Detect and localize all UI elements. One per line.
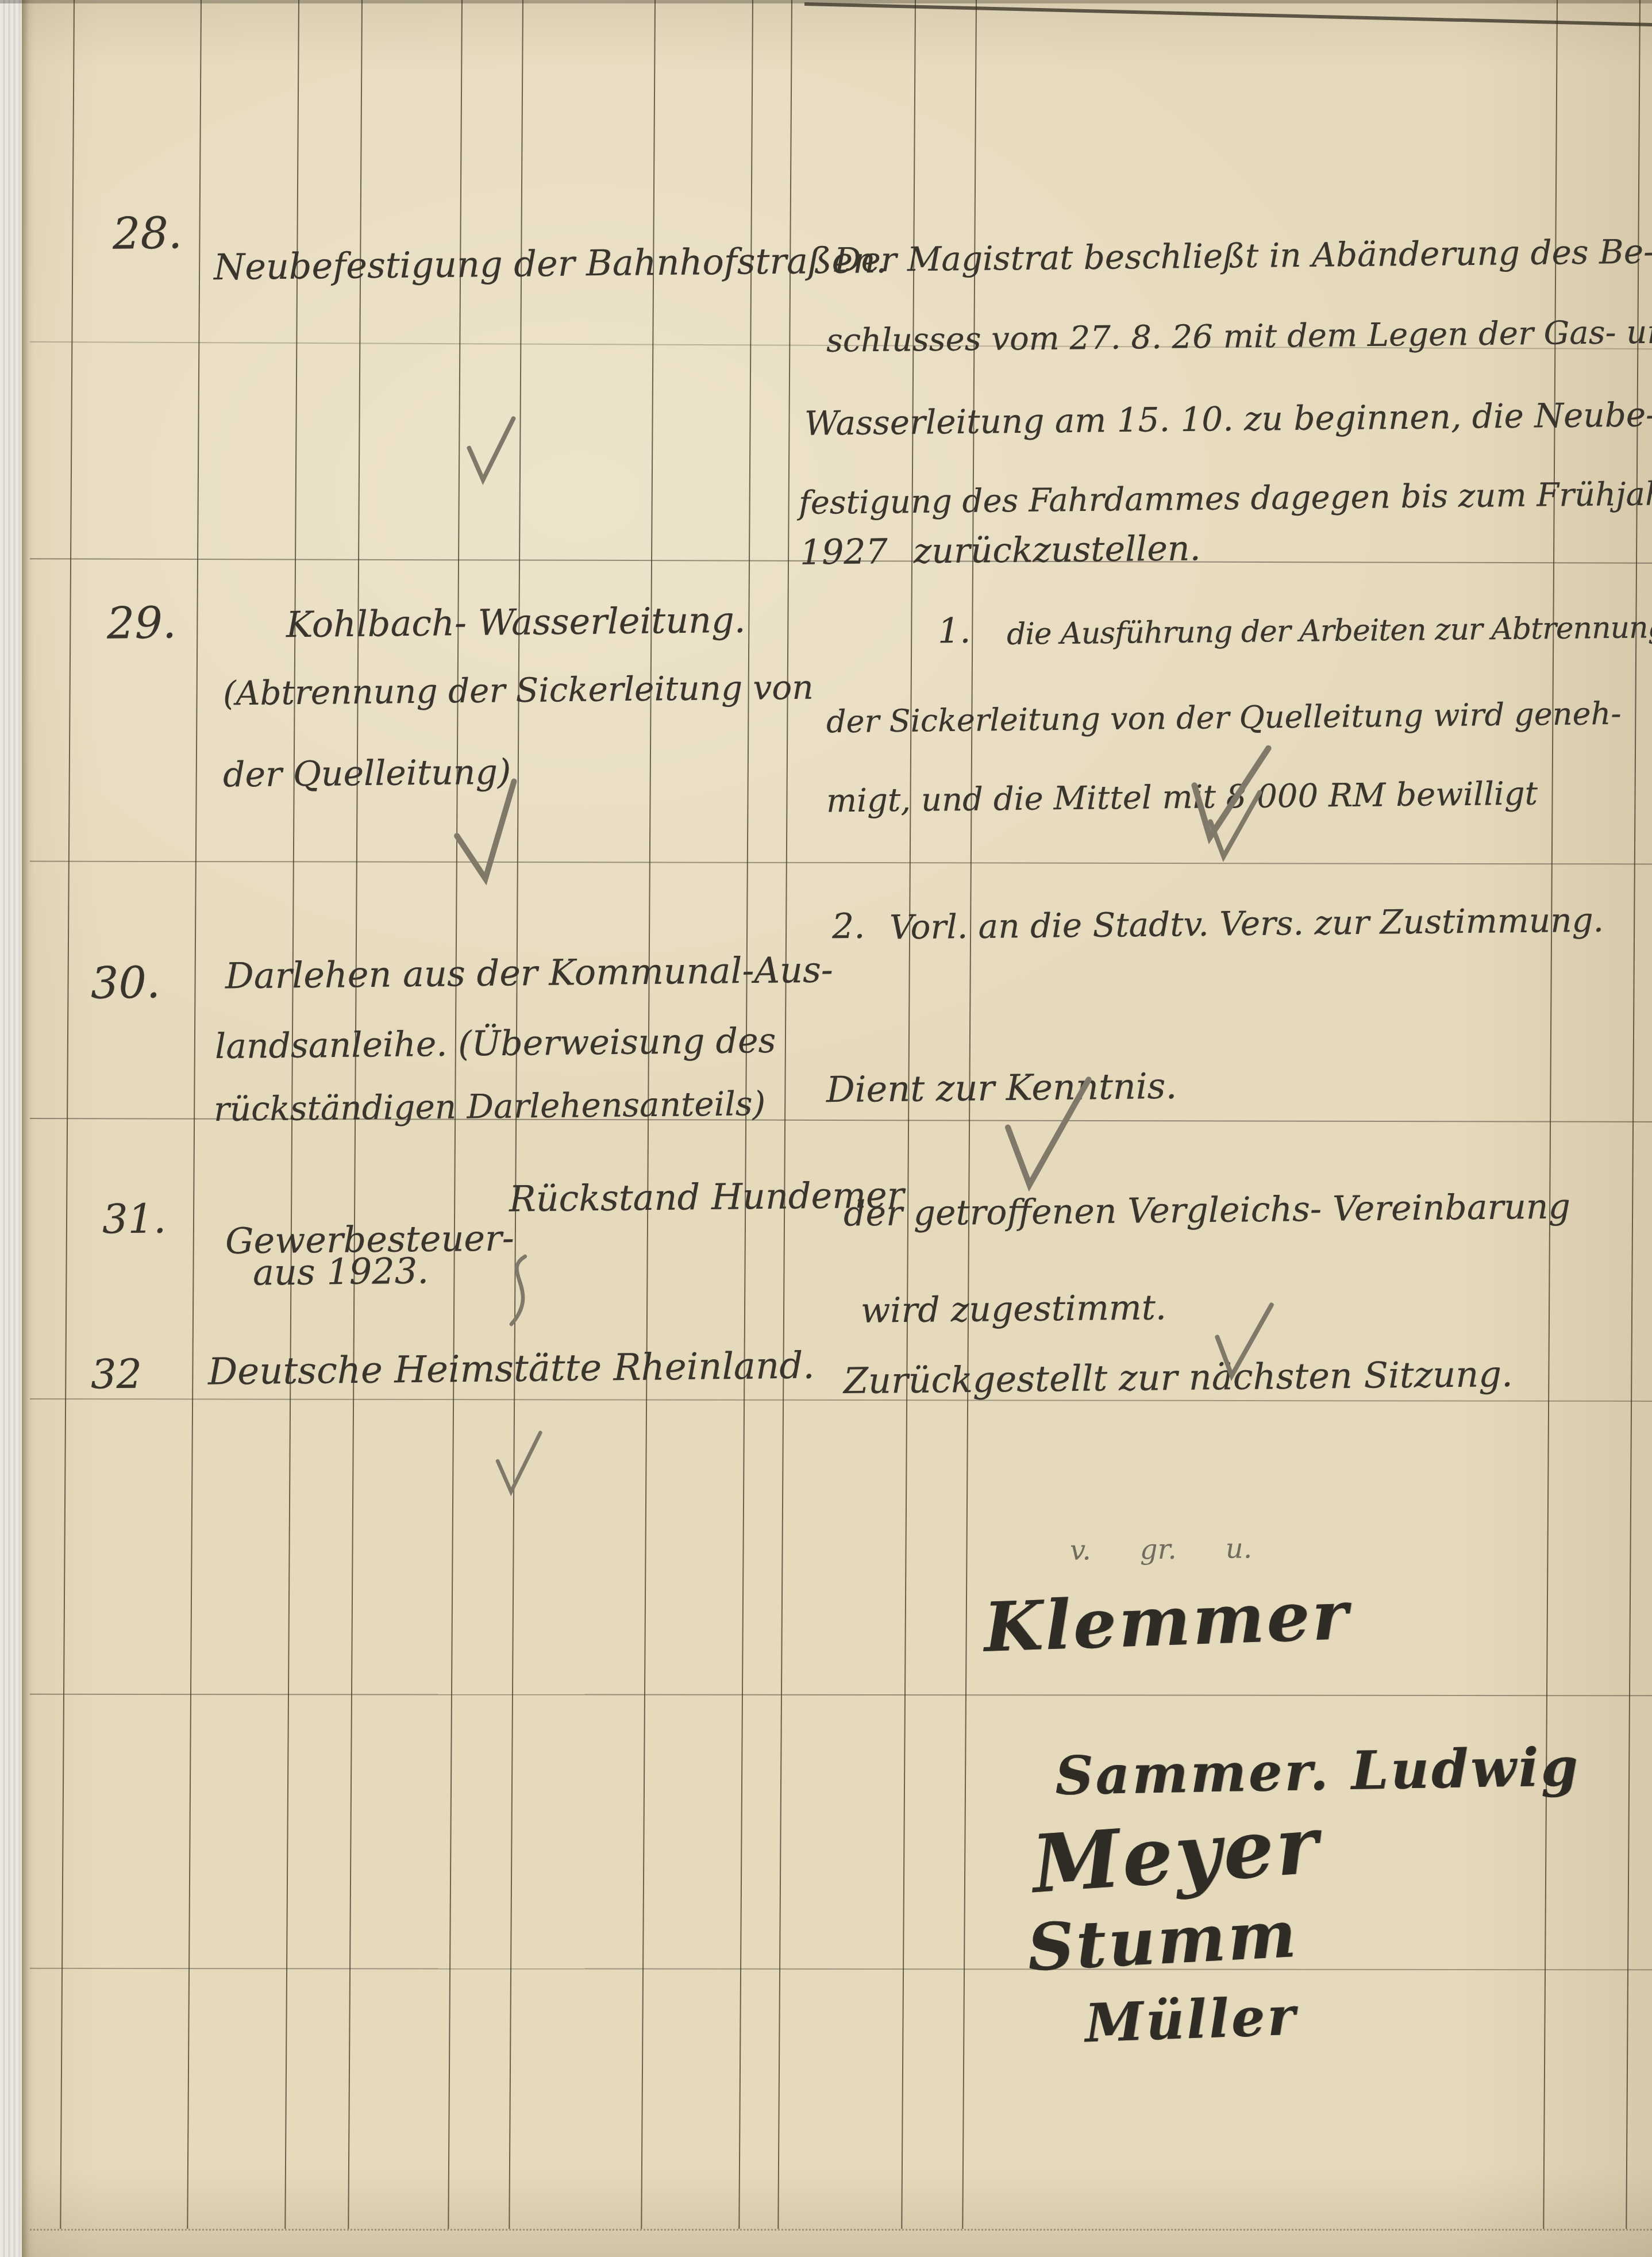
resolution-line: Wasserleitung am 15. 10. zu beginnen, di… xyxy=(804,398,1652,440)
pencil-checkmark-icon xyxy=(983,1051,1101,1213)
signature: Meyer xyxy=(1030,1805,1323,1905)
pencil-checkmark-icon xyxy=(1199,1290,1280,1390)
resolution-line: die Ausführung der Arbeiten zur Abtrennu… xyxy=(1007,613,1652,649)
signature: Müller xyxy=(1084,1990,1299,2050)
row-rule xyxy=(30,861,1652,865)
signature: Sammer. Ludwig xyxy=(1054,1740,1580,1802)
resolution-line: Der Magistrat beschließt in Abänderung d… xyxy=(834,235,1652,277)
entry-title-line: Kohlbach- Wasserleitung. xyxy=(286,602,746,643)
pencil-checkmark-icon xyxy=(438,772,534,894)
entry-title-line: Darlehen aus der Kommunal-Aus- xyxy=(225,952,833,994)
pencil-squiggle-icon xyxy=(490,1247,544,1333)
entry-title-line: rückständigen Darlehensanteils) xyxy=(214,1087,766,1126)
book-spine-edge xyxy=(0,0,22,2257)
resolution-line: festigung des Fahrdammes dagegen bis zum… xyxy=(799,478,1652,520)
entry-number: 30. xyxy=(91,960,161,1005)
column-rule xyxy=(777,0,792,2229)
signature: Klemmer xyxy=(983,1581,1351,1662)
entry-title: Neubefestigung der Bahnhofstraßen. xyxy=(214,243,887,285)
resolution-line: Vorl. an die Stadtv. Vers. zur Zustimmun… xyxy=(889,903,1604,944)
entry-title-line: (Abtrennung der Sickerleitung von xyxy=(223,671,814,710)
pencil-checkmark-icon xyxy=(453,408,523,491)
column-rule xyxy=(60,0,75,2229)
page-left-edge-shadow xyxy=(22,0,34,2257)
entry-number: 32 xyxy=(91,1354,143,1395)
resolution-line: wird zugestimmt. xyxy=(861,1290,1167,1328)
row-rule xyxy=(30,1968,1652,1970)
entry-title-line: aus 1923. xyxy=(253,1253,429,1290)
pencil-checkmark-icon xyxy=(1192,779,1269,871)
entry-number: 31. xyxy=(102,1198,167,1239)
resolution-line: schlusses vom 27. 8. 26 mit dem Legen de… xyxy=(826,316,1652,357)
column-rule xyxy=(187,0,202,2229)
row-rule xyxy=(30,1694,1652,1696)
entry-number: 28. xyxy=(113,211,183,255)
item-number: 2. xyxy=(832,909,865,944)
scanned-protocol-page: 28. Neubefestigung der Bahnhofstraßen. D… xyxy=(0,0,1652,2257)
row-rule-dotted xyxy=(30,2229,1652,2231)
signature: Stumm xyxy=(1026,1902,1299,1981)
entry-title: Deutsche Heimstätte Rheinland. xyxy=(208,1347,815,1390)
pencil-checkmark-icon xyxy=(483,1423,550,1503)
entry-number: 29. xyxy=(107,601,177,645)
resolution-line: 1927 zurückzustellen. xyxy=(800,531,1201,570)
resolution-line: Zurückgestellt zur nächsten Sitzung. xyxy=(844,1356,1513,1399)
item-number: 1. xyxy=(938,614,971,649)
resolution-line: der getroffenen Vergleichs- Vereinbarung xyxy=(844,1189,1571,1231)
row-rule xyxy=(30,1398,1652,1402)
closing-abbreviation: v. gr. u. xyxy=(1070,1535,1253,1564)
entry-title-line: landsanleihe. (Überweisung des xyxy=(215,1024,776,1064)
page-top-edge-slope xyxy=(804,2,1652,27)
